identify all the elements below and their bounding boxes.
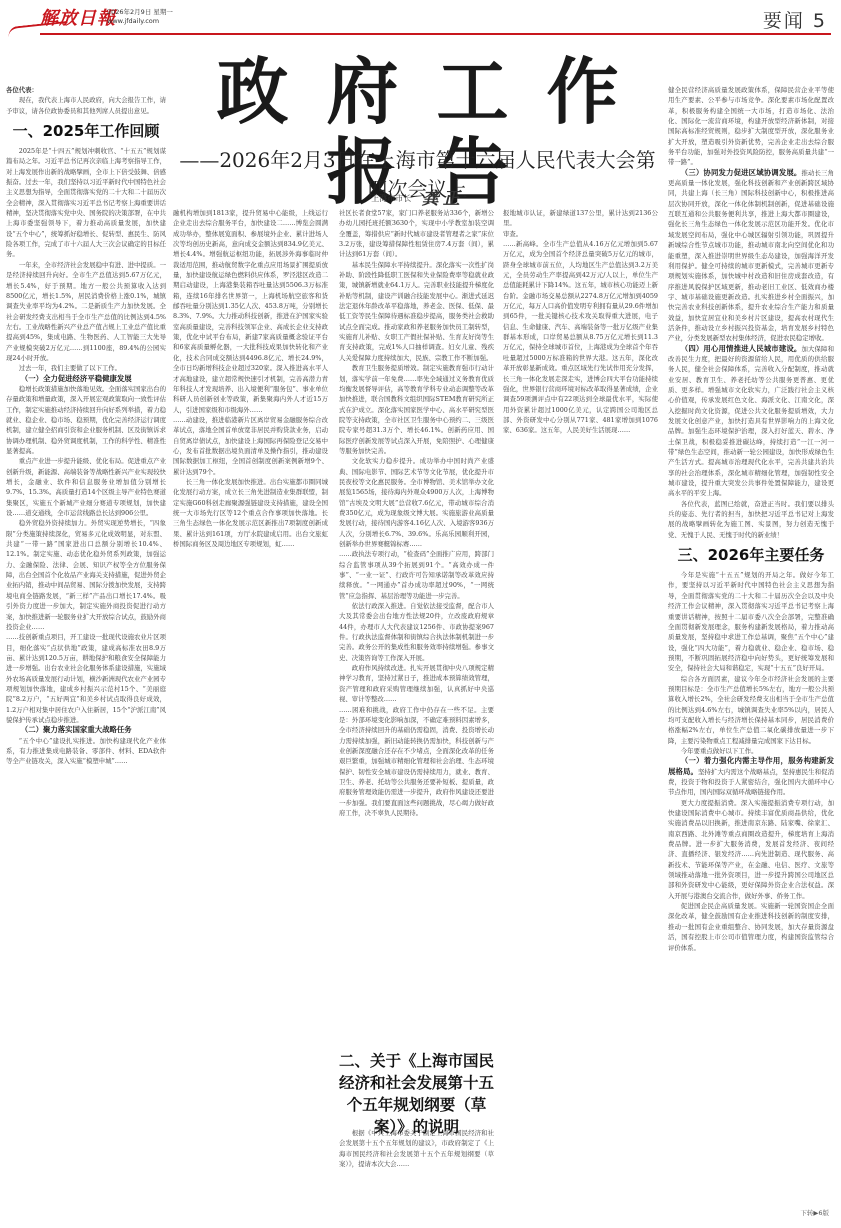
paragraph: （四）用心用情推进人民城市建设。加大保障和改善民生力度，把最好的资源留给人民，用…: [668, 344, 834, 499]
article-column-4: 报地城市认证，新建绿道137公里，累计达到2136公里。 审查。 ……新高峰。全…: [503, 208, 658, 1220]
paragraph: 现在，我代表上海市人民政府，向大会报告工作，请予审议，请各位政协委员和其他列席人…: [6, 95, 166, 116]
byline-name: 龚正: [422, 189, 464, 209]
paragraph: 文化软实力稳步提升。成功举办中国时尚产业盛典、国际电影节、国际艺术节等文化节展，…: [339, 456, 494, 549]
paragraph: 报地城市认证，新建绿道137公里，累计达到2136公里。: [503, 208, 658, 229]
section-heading-1: 一、2025年工作回顾: [6, 118, 166, 144]
paragraph: （三）协同发力促进区域协调发展。推动长三角更高质量一体化发展，强化科技创新和产业…: [668, 168, 834, 344]
paragraph-body: 推动长三角更高质量一体化发展，强化科技创新和产业创新跨区域协同，共建上海（长三角…: [668, 169, 834, 343]
paragraph: （一）着力强化内需主导作用，服务构建新发展格局。坚持扩大内需这个战略基点，坚持惠…: [668, 756, 834, 797]
paragraph: ……政执法专项行动，“检查码”全面推广应用，跨部门综合监管事项从39个拓展到91…: [339, 549, 494, 601]
subsection-heading: （一）全力促进经济平稳健康发展: [6, 374, 166, 384]
paragraph: 促进国企民企高质量发展。实施新一轮国资国企全面深化改革，健全鼓励国有企业推进科技…: [668, 901, 834, 953]
masthead: 解放日報 2026年2月9日 星期一 www.jfdaily.com 要闻 5: [0, 0, 841, 40]
paragraph: 过去一年，我们主要做了以下工作。: [6, 363, 166, 373]
paragraph: 今年是实施“十五五”规划的开局之年。做好今年工作，要坚持以习近平新时代中国特色社…: [668, 570, 834, 673]
byline-role: 上海市市长: [371, 194, 411, 203]
paragraph: 审查。: [503, 229, 658, 239]
subsection-heading: （二）聚力落实国家重大战略任务: [6, 725, 166, 735]
paragraph: 稳外贸稳外资持续加力。外贸实现逆势增长，“四象限”分类施策持续深化，贸易多元化成…: [6, 518, 166, 632]
paragraph: ……困难和挑战，政府工作中仍存在一些不足。主要是：外部环境变化影响加深，不确定难…: [339, 705, 494, 819]
page-number: 5: [813, 10, 827, 32]
paragraph: ……技创新重点项目，开工建设一批现代设施农业片区项目，细化落实“点状供地”政策，…: [6, 632, 166, 725]
paragraph: 稳增长政策措施加快落地见效。全面落实国家出台的存量政策和增量政策，深入开展宏观政…: [6, 384, 166, 456]
website-link[interactable]: www.jfdaily.com: [107, 17, 173, 26]
article-column-2: 融机构增加到1813家，提升贸易中心能级，上线运行企业走出去综合服务平台，加快建…: [173, 208, 328, 1220]
paragraph: 重点产业进一步提升能级、优化布局。促进重点产业创新升级，新能源、高端装备等战略性…: [6, 456, 166, 518]
paragraph: 长三角一体化发展加快推进。出台实施都市圈同城化发展行动方案，成立长三角先进制造业…: [173, 477, 328, 549]
paragraph: “五个中心”建设扎实推进。加快构建现代化产业体系，有力推进集成电路装备、零部件、…: [6, 736, 166, 767]
continued-on-page-link[interactable]: 下转▶6版: [800, 1208, 829, 1217]
paragraph: 健全民营经济高质量发展政策体系，保障民营企业平等使用生产要素、公平参与市场竞争。…: [668, 85, 834, 168]
paragraph: 今年要重点做好以下工作。: [668, 746, 834, 756]
paragraph: 社区长者食堂57家，家门口养老服务站336个，新增公办幼儿园托班托额3630个，…: [339, 208, 494, 260]
paragraph: 依法行政深入推进。自觉依法接受监督，配合市人大及其常委会出台地方性法规20件，立…: [339, 601, 494, 663]
article-column-5: 健全民营经济高质量发展政策体系，保障民营企业平等使用生产要素、公平参与市场竞争。…: [668, 85, 834, 1207]
issue-info: 2026年2月9日 星期一 www.jfdaily.com: [107, 8, 173, 26]
paragraph: 一年来，全市经济社会发展稳中有进、进中提质。一是经济持续回升向好。全市生产总值达…: [6, 260, 166, 363]
paragraph: ……新高峰。全市生产总值从4.16万亿元增加到5.67万亿元，成为全国首个经济总…: [503, 239, 658, 436]
byline: 上海市市长 龚正: [175, 184, 660, 209]
section-heading-3: 三、2026年主要任务: [668, 542, 834, 568]
newspaper-logo: 解放日報: [40, 4, 116, 30]
paragraph: 基本民生保障水平持续提升。深化落实一次性扩岗补助、阶段性降低职工医保和失业保险费…: [339, 260, 494, 363]
section-name: 要闻: [763, 10, 805, 32]
article-column-1: 各位代表： 现在，我代表上海市人民政府，向大会报告工作，请予审议，请各位政协委员…: [6, 85, 166, 1220]
paragraph: ……动建设，推进临港新片区离岸贸易金融服务综合改革试点，落地全国首单放宽非居民并…: [173, 415, 328, 477]
header-divider: [40, 33, 831, 35]
article-column-3: 社区长者食堂57家，家门口养老服务站336个，新增公办幼儿园托班托额3630个，…: [339, 208, 494, 1020]
article-column-3-continued: 根据《中共上海市委关于制定上海市国民经济和社会发展第十五个五年规划的建议》，市政…: [339, 1128, 494, 1223]
section-label: 要闻 5: [763, 6, 827, 33]
paragraph: 根据《中共上海市委关于制定上海市国民经济和社会发展第十五个五年规划的建议》，市政…: [339, 1128, 494, 1169]
paragraph-body: 加大保障和改善民生力度，把最好的资源留给人民，用优质的供给服务人民，健全社会保障…: [668, 345, 834, 498]
paragraph: 各位代表，蓝图已绘就，奋进正当时。我们要以排头兵的姿态、先行者的担当，加快把习近…: [668, 499, 834, 540]
paragraph: 教育卫生服务提质增效。制定实施教育强市行动计划，落实学前一年免费……率先全域通过…: [339, 363, 494, 456]
paragraph: 融机构增加到1813家，提升贸易中心能级，上线运行企业走出去综合服务平台，加快建…: [173, 208, 328, 415]
subsection-heading: （四）用心用情推进人民城市建设。: [681, 344, 802, 353]
paragraph: 更大力度提振消费。深入实施提振消费专项行动，加快建设国际消费中心城市。持续丰富优…: [668, 798, 834, 901]
paragraph: 2025年是“十四五”规划冲刺收官、“十五五”规划谋篇布局之年。习近平总书记再次…: [6, 146, 166, 260]
salutation: 各位代表：: [6, 85, 166, 95]
paragraph: 政府作风持续改进。扎实开展贯彻中央八项规定精神学习教育，坚持过紧日子，推进成本预…: [339, 663, 494, 704]
section-heading-2: 二、关于《上海市国民经济和社会发展第十五个五年规划纲要（草案）》的说明: [339, 1050, 494, 1138]
paragraph: 综合各方面因素，建议今年全市经济社会发展的主要预期目标是：全市生产总值增长5%左…: [668, 674, 834, 746]
issue-date: 2026年2月9日 星期一: [107, 8, 173, 17]
subsection-heading: （三）协同发力促进区域协调发展。: [681, 168, 802, 177]
